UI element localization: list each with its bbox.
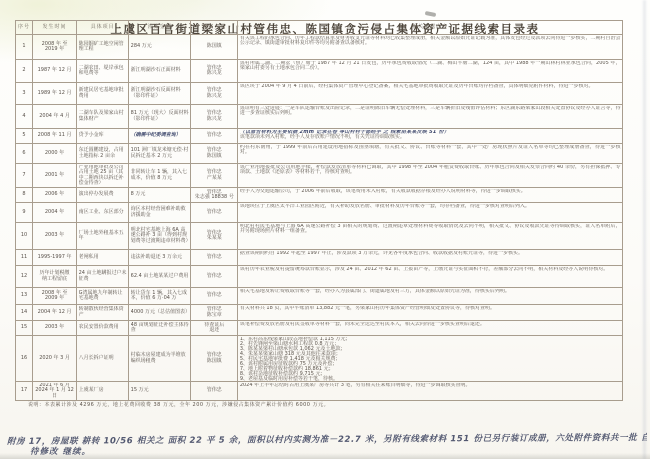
- scanner-edge-shadow: [0, 453, 650, 459]
- cell-project: 新建民居宅基地审批费用: [77, 83, 129, 105]
- cell-project: 厂场土地外租基本五年: [77, 223, 129, 250]
- column-header-3: 涉案金额: [129, 21, 191, 35]
- table-row: 72001 年产业用地审批及公司占用土地 25 亩（其中二期西块以拆迁补偿金待查…: [16, 164, 623, 188]
- cell-no: 10: [16, 223, 33, 250]
- handwritten-insert: （以原告材料为主要依据 2mm 记录在卷 等山村村干部经手 之 线索由某某反映 …: [240, 130, 621, 135]
- cell-date: 2020 年 3 月: [33, 336, 77, 382]
- cell-date: 2006 年: [33, 188, 77, 203]
- cell-amount: 101 洲厂填龙米塘无偿·村民拆迁基本 2 万元: [129, 144, 191, 164]
- column-header-2: 具体项目: [77, 21, 129, 35]
- cell-amount: 48 亩规划征迁补偿主体待查: [129, 321, 191, 336]
- cell-persons: 管伟忠 朱某某: [191, 223, 238, 250]
- table-row: 52008 年 11 月贷予小金库（确需中纪委调查询）管伟忠（以原告材料为主要依…: [16, 129, 623, 144]
- cell-date: 2004 年 4 月: [33, 105, 77, 129]
- evidence-table-wrapper: 序号发生时间具体项目涉案金额涉案人员相关证据内容 12008 年 至 2019 …: [15, 20, 623, 409]
- cell-persons: 管伟忠: [191, 250, 238, 266]
- cell-project: 产业用地审批及公司占用土地 25 亩（其中二期西块以拆迁补偿金待查）: [77, 164, 129, 188]
- cell-amount: 62.4 亩土地某某过户费用: [129, 266, 191, 288]
- cell-project: 陈园铜矿工地空闲管理工程: [77, 35, 129, 60]
- cell-persons: 管伟忠 陈国镇: [191, 144, 238, 164]
- cell-project: 上虞某厂房: [77, 382, 129, 401]
- cell-no: 7: [16, 164, 33, 188]
- table-row: 21987 年 12 月二湖农田、堤岸承包和电费等浙江明湖沙石正面材料管伟忠 陈…: [16, 60, 623, 83]
- cell-no: 14: [16, 305, 33, 321]
- cell-no: 13: [16, 288, 33, 305]
- table-row: 132008 年 至 2009 年G湾属地九年制转让宅基地费转让货车 1 辆，其…: [16, 288, 623, 305]
- cell-content: 2024 年上半年总结时占用上虞某厂房等共计 3 笔，另有相关往来账目明细等，待…: [238, 382, 623, 401]
- evidence-table: 序号发生时间具体项目涉案金额涉案人员相关证据内容 12008 年 至 2019 …: [15, 20, 623, 401]
- cell-date: 1995-1997 年: [33, 250, 77, 266]
- cell-project: 二湖车队及梁家山村集体财产: [77, 105, 129, 129]
- cell-content: 该村所属二湖、二期农（鱼）塘于 1987 年 12 月 21 日发包，历年承包费…: [238, 60, 623, 83]
- cell-date: 2001 年: [33, 164, 77, 188]
- cell-amount: 询区本村经营困难补助救济援助金: [129, 203, 191, 223]
- cell-content: 有关该工程的承包合同、历年工程款结算单及财务收支凭证等材料均已收集整理成册，相关…: [238, 35, 623, 60]
- cell-no: 17: [16, 382, 33, 401]
- table-row: 62000 年东迁圆鹏建设，占用土地指标 2 亩余101 洲厂填龙米塘无偿·村民…: [16, 144, 623, 164]
- column-header-1: 发生时间: [33, 21, 77, 35]
- handwritten-annotation-line1: 附房 17，房屋联 耕转 10/56 相关之 面积 22 平 5 余，面积以村内…: [7, 431, 647, 447]
- cell-content: 有关材料共 18 页，其中平账清单 13,882 元一笔，另梁家山村历年集体资产…: [238, 305, 623, 321]
- cell-date: 1987 年 12 月: [33, 60, 77, 83]
- cell-no: 3: [16, 83, 33, 105]
- cell-no: 8: [16, 188, 33, 203]
- cell-content: 该笔补偿费发放名册及村民签收单等材料一套，尚未完全送达至村民本人，相关去向待进一…: [238, 321, 623, 336]
- table-row: 142004 年 12 月转制散伙经营集体资产4000 万元（总估值图表）管伟忠…: [16, 305, 623, 321]
- cell-content: 该村历年农业税及村提留统筹款台账显示，涉及 24 亩、2012 年 62 亩、上…: [238, 266, 623, 288]
- cell-amount: 15 万元: [129, 382, 191, 401]
- column-header-4: 涉案人员: [191, 21, 238, 35]
- column-header-5: 相关证据内容: [238, 21, 623, 35]
- cell-project: 演出停办发展费: [77, 188, 129, 203]
- cell-amount: 村临木房屋建成为半堆放编织场租费: [129, 336, 191, 382]
- cell-amount: 284 万元: [129, 35, 191, 60]
- cell-content: 约在村东南角，于 1999 年前后占用建设用地指标及围垦填塘，有关批文、协议、台…: [238, 144, 623, 164]
- cell-no: 4: [16, 105, 33, 129]
- cell-amount: 81 万元（现大）反面材料（影印件证）: [129, 105, 191, 129]
- cell-amount: 8 万元: [129, 188, 191, 203]
- table-row: 82006 年演出停办发展费8 万元管伟忠 朱志强 18838 号经手人为交通运…: [16, 188, 623, 203]
- ink-smudge: [425, 11, 437, 17]
- column-header-0: 序号: [16, 21, 33, 35]
- cell-date: 2004 年: [33, 203, 77, 223]
- scanned-document-page: 上虞区百官街道梁家山村管伟忠、陈国镇贪污侵占集体资产证据线索目录表 序号发生时间…: [0, 0, 650, 459]
- cell-no: 5: [16, 129, 33, 144]
- cell-project: 24 亩土地瞒报过户未征费: [77, 266, 129, 288]
- cell-content: 该证明有三处进展：一是车队运输台账及出险记录，二是证明陈旧车辆无偿处理材料，三是…: [238, 105, 623, 129]
- cell-persons: 管伟忠 陈兴龙: [191, 60, 238, 83]
- cell-amount: 浙江明湖沙石正面材料: [129, 60, 191, 83]
- cell-date: 历年计划税缴 纳工程留底: [33, 266, 77, 288]
- cell-date: 2003 年: [33, 223, 77, 250]
- cell-no: 1: [16, 35, 33, 60]
- cell-project: 二湖农田、堤岸承包和电费等: [77, 60, 129, 83]
- cell-content: 1、东村高东线梁家山段占地补偿款 1,115 万元； 2、村先锋闸至梁山塘水利工…: [238, 336, 623, 382]
- cell-date: 2008 年 至 2019 年: [33, 35, 77, 60]
- cell-no: 12: [16, 266, 33, 288]
- cell-project: 老闸私用: [77, 250, 129, 266]
- cell-persons: 管伟忠 陈兴龙: [191, 105, 238, 129]
- cell-project: 八月长拆户证明: [77, 336, 129, 382]
- cell-amount: 浙江明湖沙石反面材料（影印件证）: [129, 83, 191, 105]
- table-row: 12008 年 至 2019 年陈园铜矿工地空闲管理工程284 万元陈国镇有关该…: [16, 35, 623, 60]
- cell-no: 16: [16, 336, 33, 382]
- table-row: 152003 年农民安置价款费用48 亩规划征迁补偿主体待查待查证后 退还该笔补…: [16, 321, 623, 336]
- cell-persons: 管伟忠 朱志强 18838 号: [191, 188, 238, 203]
- cell-content: 明北村村民宅基地与上海 6A 高速公路补偿 3 亩相关的规划费、过渡期违章处理材…: [238, 223, 623, 250]
- cell-persons: 管伟忠 陈宝章: [191, 305, 238, 321]
- table-row: 162020 年 3 月八月长拆户证明村临木房屋建成为半堆放编织场租费管伟忠 陈…: [16, 336, 623, 382]
- cell-project: 农民安置价款费用: [77, 321, 129, 336]
- cell-persons: 管伟忠 产某某: [191, 164, 238, 188]
- cell-no: 2: [16, 60, 33, 83]
- cell-date: 2004 年 12 月: [33, 305, 77, 321]
- page-crease: [643, 0, 646, 459]
- cell-content: 该产业用地报批及公司用地手续、补偿款发放清单等材料已调取，其中 1998 年至 …: [238, 164, 623, 188]
- cell-persons: 管伟忠 陈国镇: [191, 336, 238, 382]
- cell-amount: 转让货车 1 辆，其入七成本，价值 6 万·04 万: [129, 288, 191, 305]
- cell-content: （以原告材料为主要依据 2mm 记录在卷 等山村村干部经手 之 线索由某某反映 …: [238, 129, 623, 144]
- footer-note: 说明：本表累计涉及 4296 万元，地上花费回收费 38 万元，全年 200 万…: [15, 401, 636, 409]
- cell-persons: 管伟忠 陈兴龙: [191, 83, 238, 105]
- cell-date: 1989 年 12 月: [33, 83, 77, 105]
- cell-project: 贷予小金库: [77, 129, 129, 144]
- cell-amount: 4000 万元（总估值图表）: [129, 305, 191, 321]
- cell-persons: 待查证后 退还: [191, 321, 238, 336]
- cell-date: 2008 年 11 月: [33, 129, 77, 144]
- cell-persons: 管伟忠: [191, 266, 238, 288]
- table-row: 31989 年 12 月新建民居宅基地审批费用浙江明湖沙石反面材料（影印件证）管…: [16, 83, 623, 105]
- table-header-row: 序号发生时间具体项目涉案金额涉案人员相关证据内容: [16, 21, 623, 35]
- cell-no: 11: [16, 250, 33, 266]
- cell-content: 经手人为交通运输公司，于 2006 年前后收取，该笔费用未入村账，有关收款收据存…: [238, 188, 623, 203]
- cell-persons: 管伟忠: [191, 129, 238, 144]
- cell-amount: 明北村宅基地上海 6A 高速公路补 3 亩（得到村规划费等过渡期违章材料费）: [129, 223, 191, 250]
- table-row: 92004 年南区工业、东区部分询区本村经营困难补助救济援助金管伟忠该地块位于上…: [16, 203, 623, 223]
- cell-no: 6: [16, 144, 33, 164]
- cell-amount: （确需中纪委调查询）: [129, 129, 191, 144]
- cell-content: 相关宅基地及转让费收取台账等一套，经办人为县属部门、街道属地及村三方，具体金额以…: [238, 288, 623, 305]
- table-row: 12历年计划税缴 纳工程留底24 亩土地瞒报过户未征费62.4 亩土地某某过户费…: [16, 266, 623, 288]
- cell-persons: 管伟忠: [191, 203, 238, 223]
- table-row: 172021 年 6 月 2024 年 1 月 12 日上虞某厂房15 万元管伟…: [16, 382, 623, 401]
- cell-amount: 非同转让车 1 辆，其入七成本，价值 8 万元: [129, 164, 191, 188]
- cell-no: 9: [16, 203, 33, 223]
- table-row: 111995-1997 年老闸私用违法补助退还 3 万余元管伟忠据查该期间约自 …: [16, 250, 623, 266]
- cell-amount: 违法补助退还 3 万余元: [129, 250, 191, 266]
- cell-persons: 管伟忠: [191, 382, 238, 401]
- cell-date: 2003 年: [33, 321, 77, 336]
- cell-persons: 管伟忠: [191, 288, 238, 305]
- cell-content: 该区块于 2004 年 9 月 4 日前后，经村集体资产管理中心登记备案，相关宅…: [238, 83, 623, 105]
- cell-date: 2000 年: [33, 144, 77, 164]
- cell-project: 南区工业、东区部分: [77, 203, 129, 223]
- cell-project: 东迁圆鹏建设，占用土地指标 2 亩余: [77, 144, 129, 164]
- table-row: 42004 年 4 月二湖车队及梁家山村集体财产81 万元（现大）反面材料（影印…: [16, 105, 623, 129]
- cell-content: 据查该期间约自 1992 年起至 1997 年止，涉及款项 3 万余元，详见各年…: [238, 250, 623, 266]
- cell-date: 2021 年 6 月 2024 年 1 月 12 日: [33, 382, 77, 401]
- cell-content: 该地块位于上虞区太平洋工业园区附近，有关补助发放名册、审批材料及历年台账等一套，…: [238, 203, 623, 223]
- table-row: 102003 年厂场土地外租基本五年明北村宅基地上海 6A 高速公路补 3 亩（…: [16, 223, 623, 250]
- cell-project: G湾属地九年制转让宅基地费: [77, 288, 129, 305]
- cell-persons: 陈国镇: [191, 35, 238, 60]
- cell-no: 15: [16, 321, 33, 336]
- cell-date: 2008 年 至 2009 年: [33, 288, 77, 305]
- cell-project: 转制散伙经营集体资产: [77, 305, 129, 321]
